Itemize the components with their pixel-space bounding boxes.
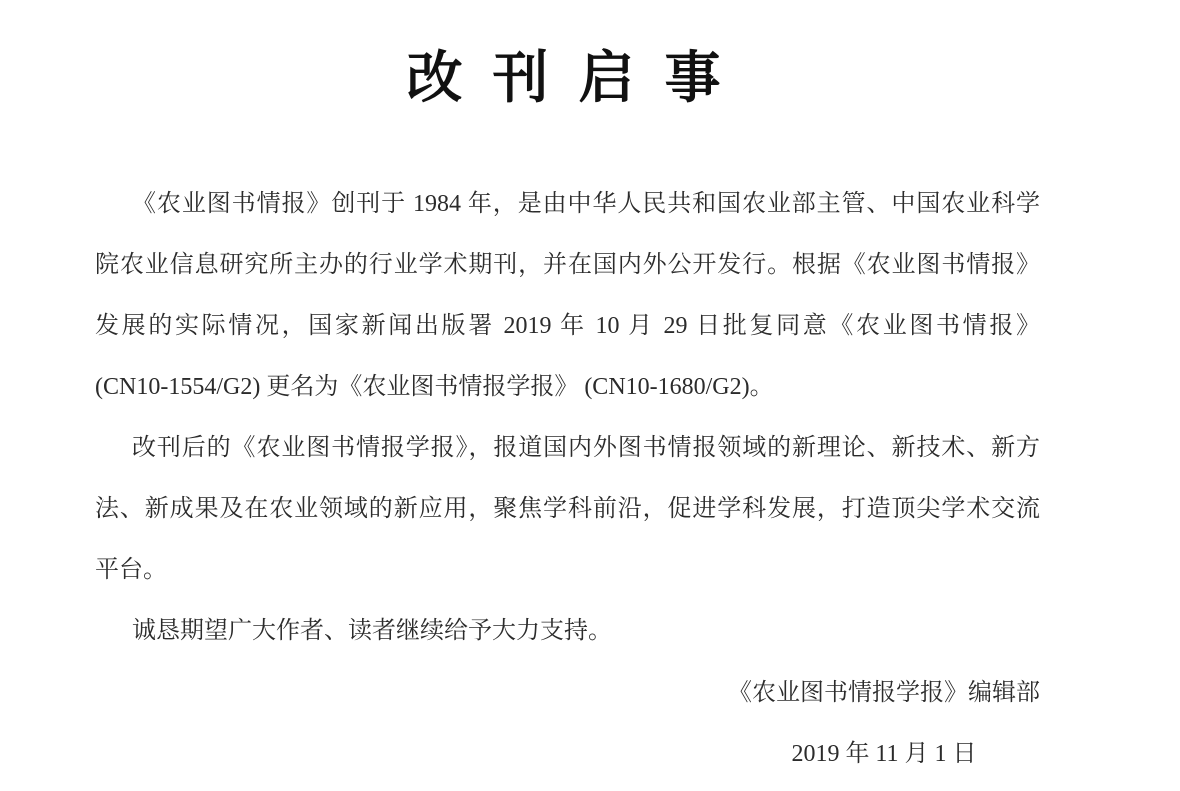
document-body: 《农业图书情报》创刊于 1984 年，是由中华人民共和国农业部主管、中国农业科学… [95, 174, 1040, 662]
paragraph-line: 法、新成果及在农业领域的新应用，聚焦学科前沿，促进学科发展，打造顶尖学术交流 [95, 479, 1040, 540]
paragraph-line: (CN10-1554/G2) 更名为《农业图书情报学报》 (CN10-1680/… [95, 357, 1040, 418]
date-line: 2019 年 11 月 1 日 [728, 724, 1040, 785]
signature: 《农业图书情报学报》编辑部 [728, 663, 1040, 724]
document-page: 改 刊 启 事 《农业图书情报》创刊于 1984 年，是由中华人民共和国农业部主… [0, 0, 1180, 791]
paragraph-line: 《农业图书情报》创刊于 1984 年，是由中华人民共和国农业部主管、中国农业科学 [95, 174, 1040, 235]
paragraph-line: 平台。 [95, 540, 1040, 601]
signature-block: 《农业图书情报学报》编辑部 2019 年 11 月 1 日 [728, 663, 1040, 785]
paragraph-line: 改刊后的《农业图书情报学报》，报道国内外图书情报领域的新理论、新技术、新方 [95, 418, 1040, 479]
paragraph-line: 发展的实际情况，国家新闻出版署 2019 年 10 月 29 日批复同意《农业图… [95, 296, 1040, 357]
paragraph-line: 院农业信息研究所主办的行业学术期刊，并在国内外公开发行。根据《农业图书情报》 [95, 235, 1040, 296]
page-title: 改 刊 启 事 [95, 44, 1040, 114]
paragraph-line: 诚恳期望广大作者、读者继续给予大力支持。 [95, 601, 1040, 662]
